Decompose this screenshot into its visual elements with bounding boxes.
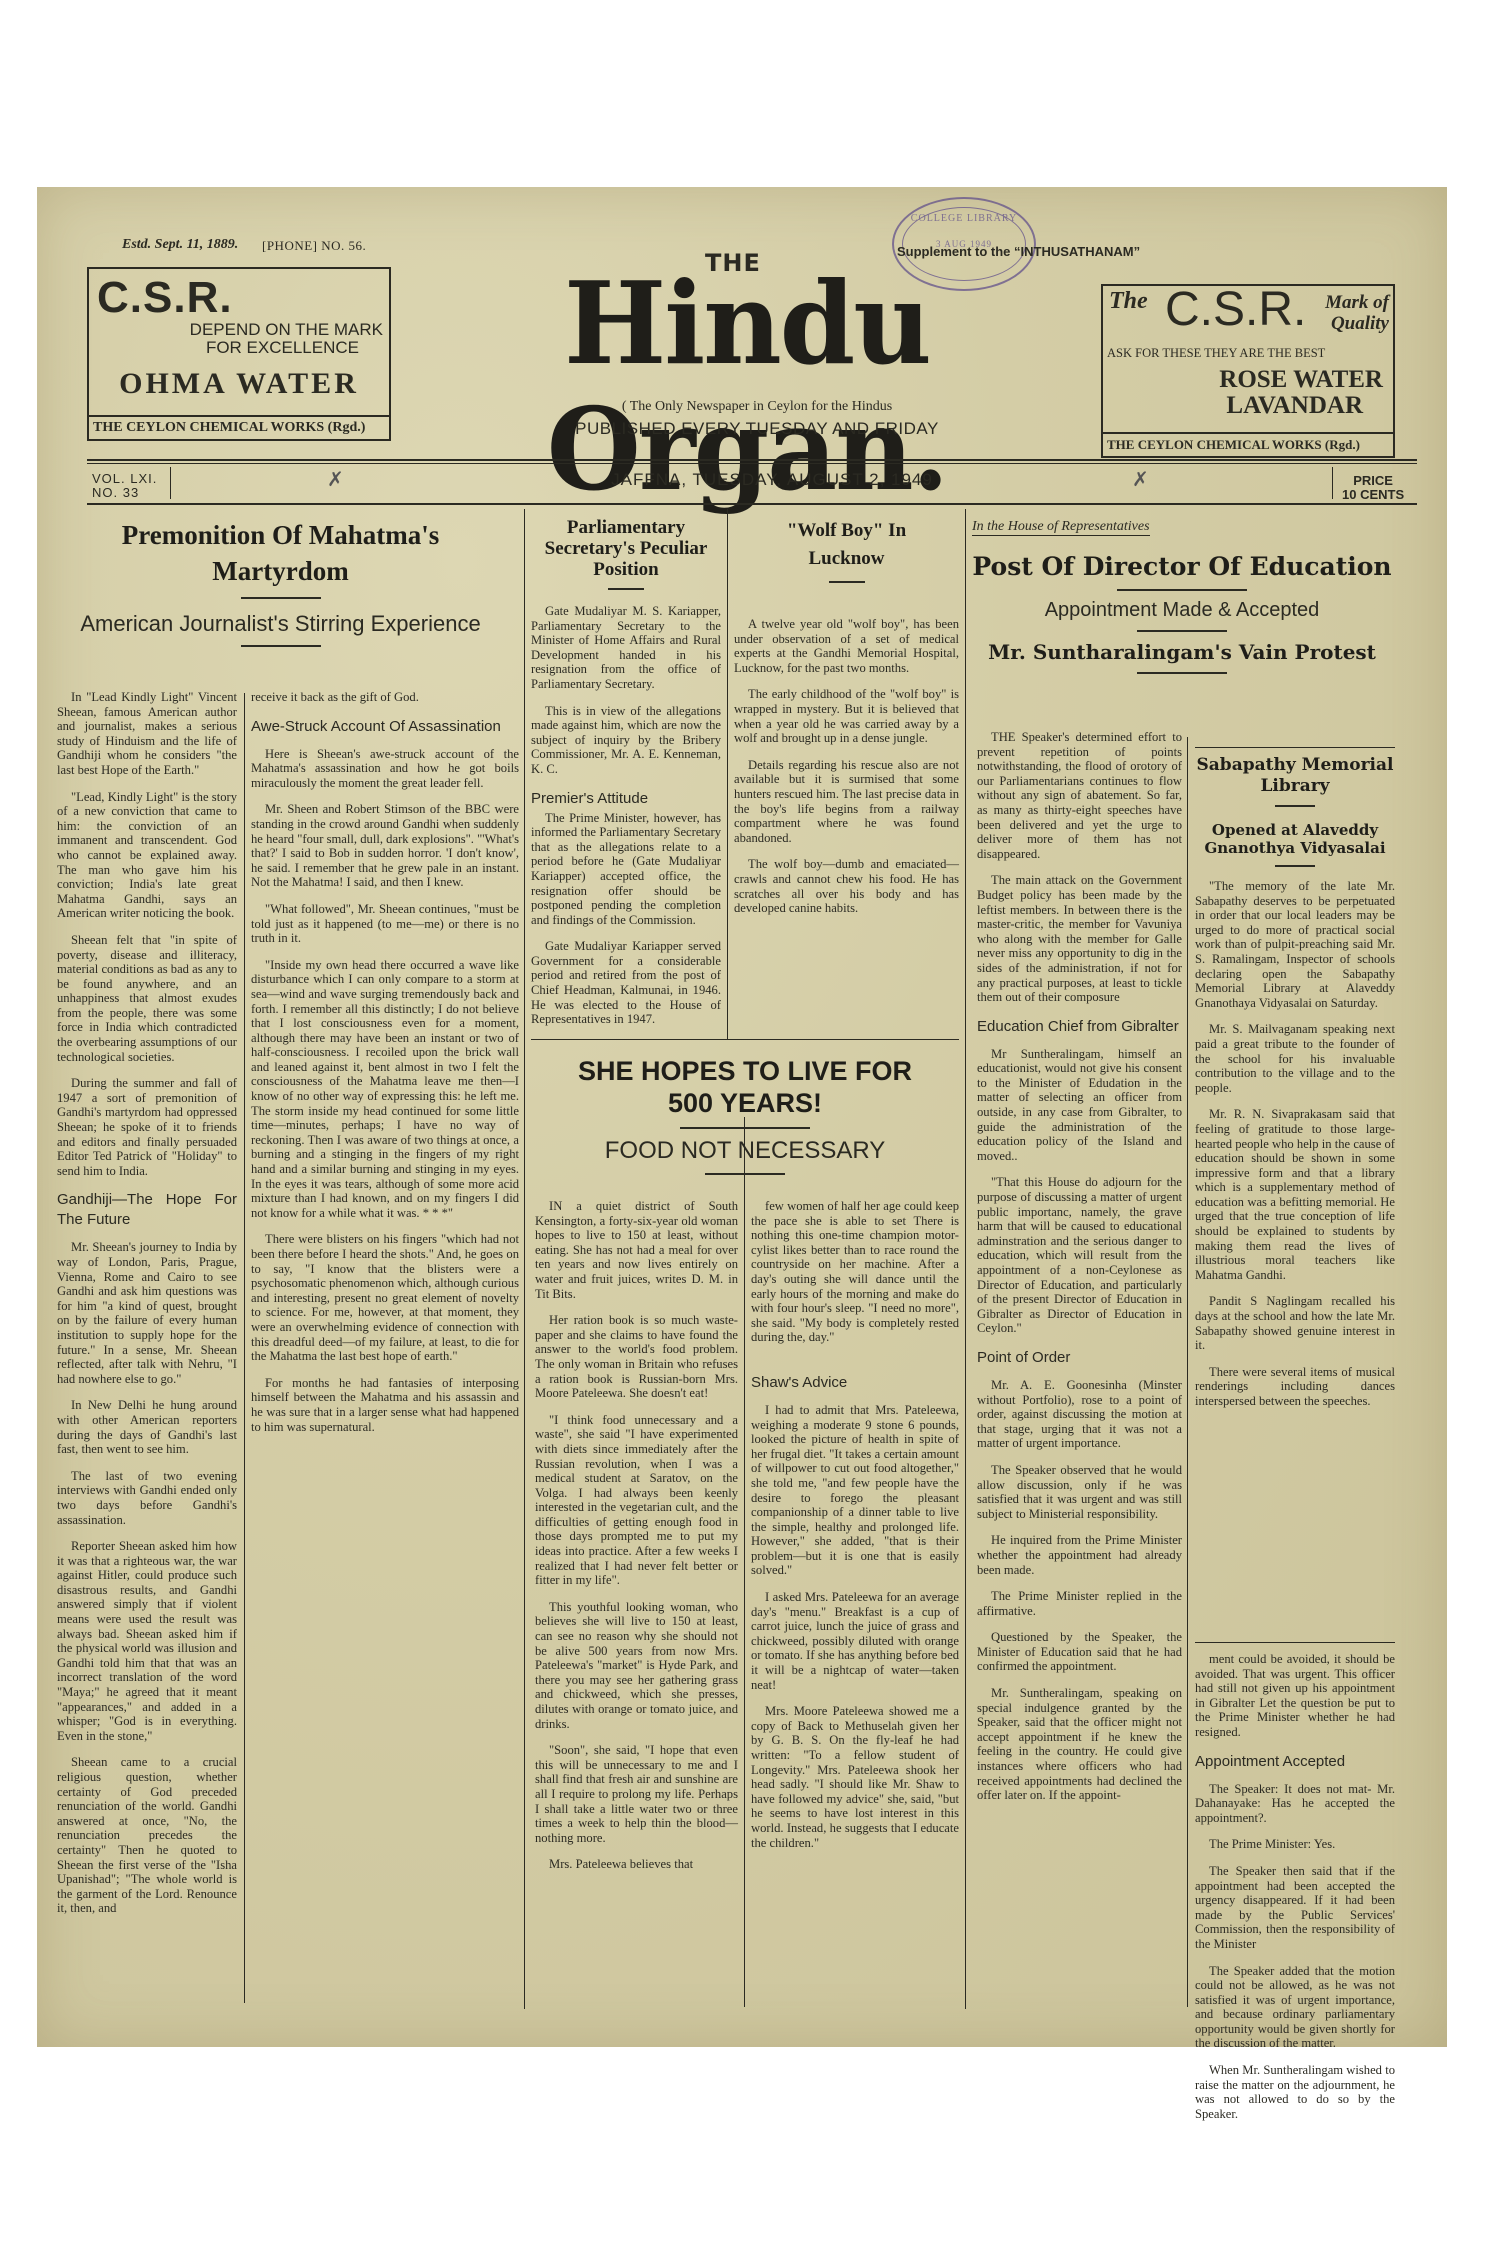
section-heading: Education Chief from Gibralter <box>977 1017 1182 1037</box>
premonition-col-2: receive it back as the gift of God. Awe-… <box>251 690 519 1446</box>
section-heading: Appointment Accepted <box>1195 1752 1395 1772</box>
paragraph: Mr. R. N. Sivaprakasam said that feeling… <box>1195 1107 1395 1282</box>
subheadline: FOOD NOT NECESSARY <box>531 1137 959 1165</box>
article-parliamentary-secretary: Parliamentary Secretary's Peculiar Posit… <box>531 517 721 1039</box>
volume: VOL. LXI. <box>92 472 157 486</box>
paragraph: The Prime Minister: Yes. <box>1195 1837 1395 1852</box>
ornament-icon: ✗ <box>327 467 344 492</box>
ad-line-1: DEPEND ON THE MARK <box>190 321 383 339</box>
ad-the: The <box>1109 288 1148 315</box>
price-label: PRICE <box>1342 474 1404 488</box>
paragraph: The early childhood of the "wolf boy" is… <box>734 687 959 745</box>
paragraph: Pandit S Naglingam recalled his days at … <box>1195 1294 1395 1352</box>
paragraph: Mr. A. E. Goonesinha (Minster without Po… <box>977 1378 1182 1451</box>
paragraph: "That this House do adjourn for the purp… <box>977 1175 1182 1336</box>
paragraph: THE Speaker's determined effort to preve… <box>977 730 1182 861</box>
ad-product-1: ROSE WATER <box>1219 366 1383 394</box>
paragraph: ment could be avoided, it should be avoi… <box>1195 1652 1395 1740</box>
paragraph: IN a quiet district of South Kensington,… <box>535 1199 738 1301</box>
director-col-2: ment could be avoided, it should be avoi… <box>1195 1652 1395 2133</box>
paragraph: "Inside my own head there occurred a wav… <box>251 958 519 1221</box>
paragraph: Reporter Sheean asked him how it was tha… <box>57 1539 237 1743</box>
headline: "Wolf Boy" In Lucknow <box>734 517 959 573</box>
paragraph: Gate Mudaliyar Kariapper served Governme… <box>531 939 721 1027</box>
director-col-1: THE Speaker's determined effort to preve… <box>977 730 1182 1815</box>
price-value: 10 CENTS <box>1342 488 1404 502</box>
ad-product-2: LAVANDAR <box>1226 392 1363 420</box>
paragraph: Mrs. Pateleewa believes that <box>535 1857 738 1872</box>
issue-number: NO. 33 <box>92 486 157 500</box>
paragraph: The Speaker added that the motion could … <box>1195 1964 1395 2052</box>
section-heading: Point of Order <box>977 1348 1182 1368</box>
newspaper-page: Estd. Sept. 11, 1889. [PHONE] NO. 56. C.… <box>37 187 1447 2047</box>
paragraph: This is in view of the allegations made … <box>531 704 721 777</box>
ad-line-2: FOR EXCELLENCE <box>206 339 359 357</box>
article-premonition: Premonition Of Mahatma's Martyrdom Ameri… <box>37 517 524 655</box>
stamp-text: COLLEGE LIBRARY <box>894 213 1034 224</box>
dateline: JAFFNA, TUESDAY, AUGUST 2, 1949 <box>537 470 1007 490</box>
section-heading: Shaw's Advice <box>751 1373 959 1393</box>
paragraph: This youthful looking woman, who believe… <box>535 1600 738 1731</box>
kicker: In the House of Representatives <box>972 519 1150 536</box>
paragraph: I asked Mrs. Pateleewa for an average da… <box>751 1590 959 1692</box>
ad-mark: Mark of <box>1325 292 1389 314</box>
paragraph: There were several items of musical rend… <box>1195 1365 1395 1409</box>
paragraph: The last of two evening interviews with … <box>57 1469 237 1527</box>
ad-quality: Quality <box>1331 313 1389 335</box>
paragraph: "The memory of the late Mr. Sabapathy de… <box>1195 879 1395 1010</box>
ad-ask: ASK FOR THESE THEY ARE THE BEST <box>1107 346 1325 361</box>
paragraph: few women of half her age could keep the… <box>751 1199 959 1345</box>
paragraph: The Speaker observed that he would allow… <box>977 1463 1182 1521</box>
volume-number: VOL. LXI. NO. 33 <box>92 472 157 500</box>
paragraph: Mr. Sheen and Robert Stimson of the BBC … <box>251 802 519 890</box>
section-heading: Premier's Attitude <box>531 789 721 809</box>
ad-brand-right: C.S.R. <box>1165 282 1306 337</box>
headline: Premonition Of Mahatma's Martyrdom <box>37 517 524 589</box>
phone-number: [PHONE] NO. 56. <box>262 238 366 254</box>
paragraph: The Speaker: It does not mat- Mr. Dahana… <box>1195 1782 1395 1826</box>
paragraph: He inquired from the Prime Minister whet… <box>977 1533 1182 1577</box>
paragraph: Mr. S. Mailvaganam speaking next paid a … <box>1195 1022 1395 1095</box>
headline: Post Of Director Of Education <box>972 552 1392 581</box>
headline: SHE HOPES TO LIVE FOR 500 YEARS! <box>531 1055 959 1119</box>
paragraph: Mr. Sheean's journey to India by way of … <box>57 1240 237 1386</box>
subheadline: Appointment Made & Accepted <box>972 599 1392 622</box>
headline: Parliamentary Secretary's Peculiar Posit… <box>531 517 721 580</box>
established-date: Estd. Sept. 11, 1889. <box>122 237 238 253</box>
she-hopes-col-2: few women of half her age could keep the… <box>751 1199 959 1862</box>
ad-company-right: THE CEYLON CHEMICAL WORKS (Rgd.) <box>1103 432 1393 456</box>
paragraph: A twelve year old "wolf boy", has been u… <box>734 617 959 675</box>
ad-product: OHMA WATER <box>89 367 389 401</box>
supplement-note: Supplement to the “INTHUSATHANAM” <box>897 244 1140 259</box>
paragraph: Mrs. Moore Pateleewa showed me a copy of… <box>751 1704 959 1850</box>
paragraph: I had to admit that Mrs. Pateleewa, weig… <box>751 1403 959 1578</box>
ad-ohma-water: C.S.R. DEPEND ON THE MARK FOR EXCELLENCE… <box>87 267 391 441</box>
paragraph: Details regarding his rescue also are no… <box>734 758 959 846</box>
article-she-hopes: SHE HOPES TO LIVE FOR 500 YEARS! FOOD NO… <box>531 1055 959 1183</box>
paragraph: Sheean felt that "in spite of poverty, d… <box>57 933 237 1064</box>
subheadline: Mr. Suntharalingam's Vain Protest <box>972 640 1392 664</box>
paragraph: Gate Mudaliyar M. S. Kariapper, Parliame… <box>531 604 721 692</box>
masthead-published: PUBLISHED EVERY TUESDAY AND FRIDAY <box>517 419 997 439</box>
paragraph: The main attack on the Government Budget… <box>977 873 1182 1004</box>
subheadline: Opened at Alaveddy Gnanothya Vidyasalai <box>1195 821 1395 857</box>
paragraph: The Speaker then said that if the appoin… <box>1195 1864 1395 1952</box>
paragraph: "I think food unnecessary and a waste", … <box>535 1413 738 1588</box>
masthead-tagline: ( The Only Newspaper in Ceylon for the H… <box>537 399 977 415</box>
paragraph: For months he had fantasies of interposi… <box>251 1376 519 1434</box>
paragraph: Mr. Suntheralingam, speaking on special … <box>977 1686 1182 1803</box>
ad-brand: C.S.R. <box>97 273 233 323</box>
she-hopes-col-1: IN a quiet district of South Kensington,… <box>535 1199 738 1884</box>
paragraph: In New Delhi he hung around with other A… <box>57 1398 237 1456</box>
ad-company: THE CEYLON CHEMICAL WORKS (Rgd.) <box>89 415 389 439</box>
paragraph: There were blisters on his fingers "whic… <box>251 1232 519 1363</box>
paragraph: Her ration book is so much waste-paper a… <box>535 1313 738 1401</box>
paragraph: "What followed", Mr. Sheean continues, "… <box>251 902 519 946</box>
premonition-col-1: In "Lead Kindly Light" Vincent Sheean, f… <box>57 690 237 1928</box>
article-wolf-boy: "Wolf Boy" In Lucknow A twelve year old … <box>734 517 959 928</box>
paragraph: receive it back as the gift of God. <box>251 690 519 705</box>
paragraph: Mr Suntheralingam, himself an educationi… <box>977 1047 1182 1164</box>
ad-rose-water: The C.S.R. Mark of Quality ASK FOR THESE… <box>1101 284 1395 458</box>
price-box: PRICE 10 CENTS <box>1342 474 1404 502</box>
paragraph: When Mr. Suntheralingam wished to raise … <box>1195 2063 1395 2121</box>
ornament-icon: ✗ <box>1132 467 1149 492</box>
section-heading: Gandhiji—The Hope For The Future <box>57 1190 237 1230</box>
paragraph: The Prime Minister replied in the affirm… <box>977 1589 1182 1618</box>
paragraph: The wolf boy—dumb and emaciated—crawls a… <box>734 857 959 915</box>
paragraph: During the summer and fall of 1947 a sor… <box>57 1076 237 1178</box>
article-sabapathy-library: Sabapathy Memorial Library Opened at Ala… <box>1195 755 1395 1421</box>
paragraph: "Lead, Kindly Light" is the story of a n… <box>57 790 237 921</box>
section-heading: Awe-Struck Account Of Assassination <box>251 717 519 737</box>
paragraph: The Prime Minister, however, has informe… <box>531 811 721 928</box>
headline: Sabapathy Memorial Library <box>1195 755 1395 797</box>
paragraph: "Soon", she said, "I hope that even this… <box>535 1743 738 1845</box>
paragraph: Questioned by the Speaker, the Minister … <box>977 1630 1182 1674</box>
paragraph: Sheean came to a crucial religious quest… <box>57 1755 237 1916</box>
paragraph: Here is Sheean's awe-struck account of t… <box>251 747 519 791</box>
paragraph: In "Lead Kindly Light" Vincent Sheean, f… <box>57 690 237 778</box>
article-director-education: In the House of Representatives Post Of … <box>972 517 1392 682</box>
subheadline: American Journalist's Stirring Experienc… <box>37 611 524 637</box>
